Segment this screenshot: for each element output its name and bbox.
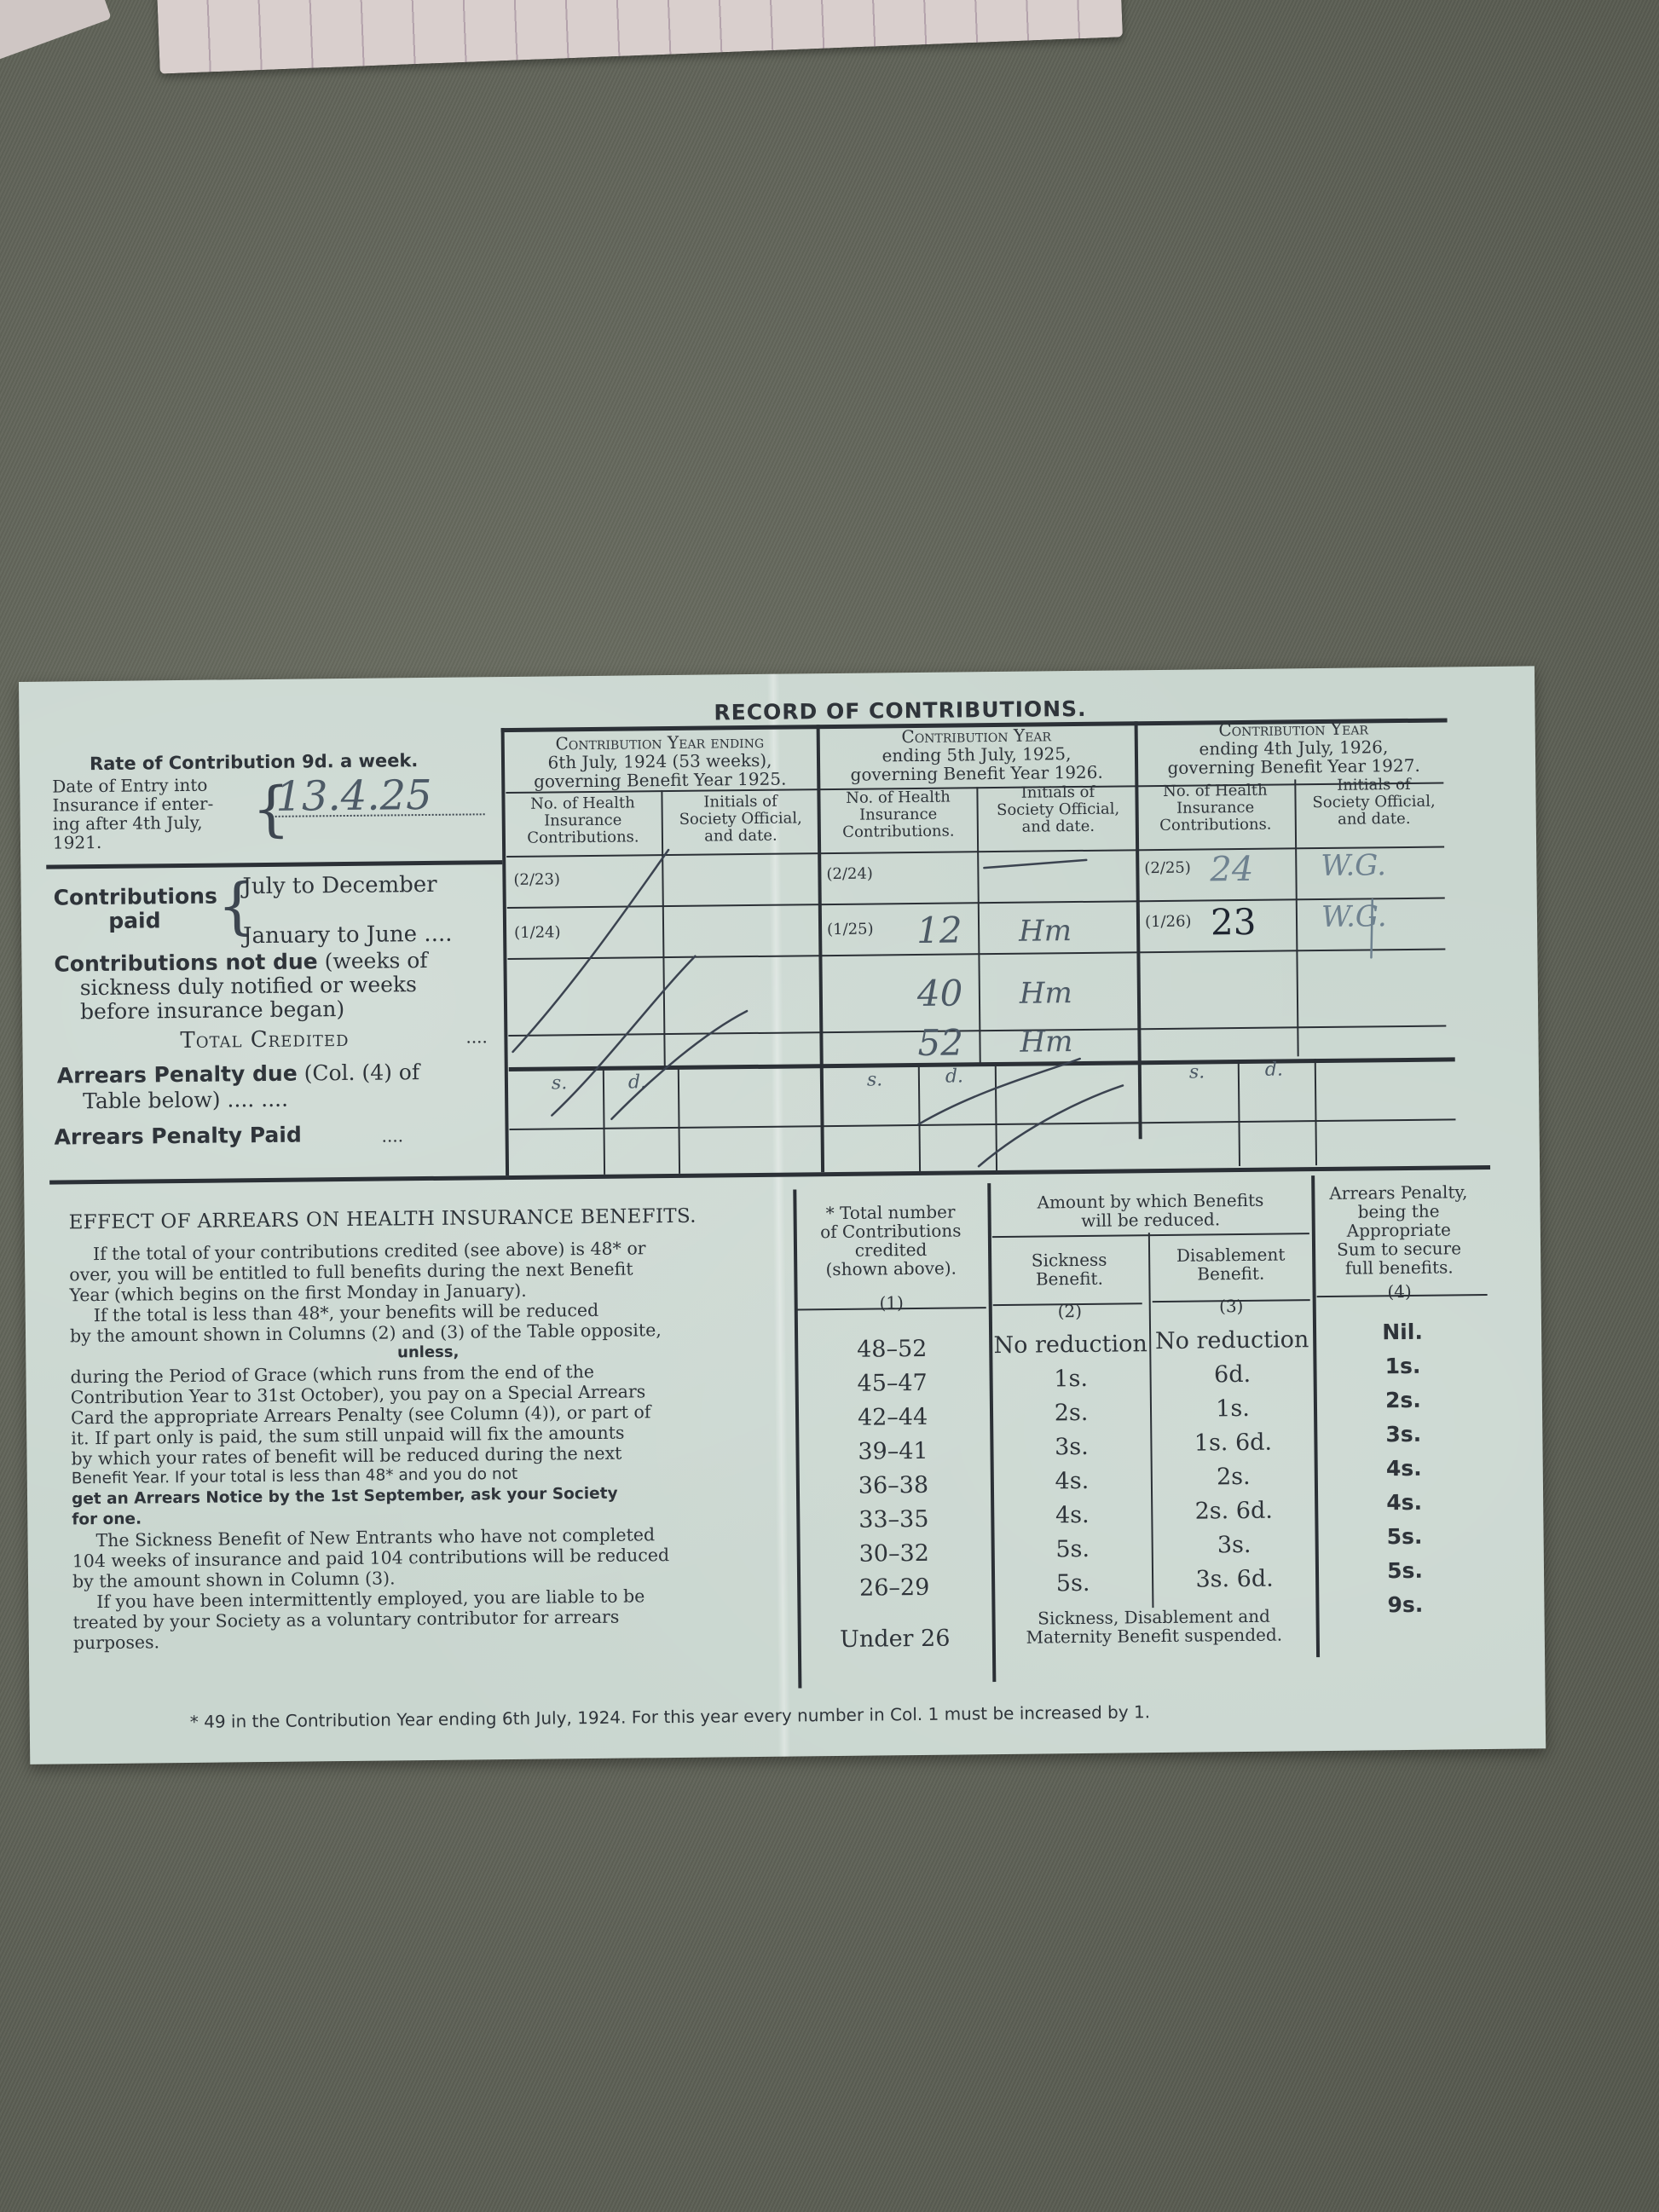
table-col2-header: SicknessBenefit. (2) [992,1250,1147,1321]
table-col3-header: DisablementBenefit. (3) [1152,1245,1310,1316]
effect-of-arrears-text: If the total of your contributions credi… [69,1237,789,1654]
background-card-fragment-top [156,0,1123,74]
background-card-fragment-left [0,0,112,62]
contribution-record-card: RECORD OF CONTRIBUTIONS. Rate of Contrib… [19,666,1546,1764]
table-col1-header: * Total numberof Contributions credited(… [795,1202,986,1313]
table-reduction-group-header: Amount by which Benefitswill be reduced. [991,1190,1309,1231]
table-col4-header: Arrears Penalty,being the AppropriateSum… [1313,1182,1484,1302]
